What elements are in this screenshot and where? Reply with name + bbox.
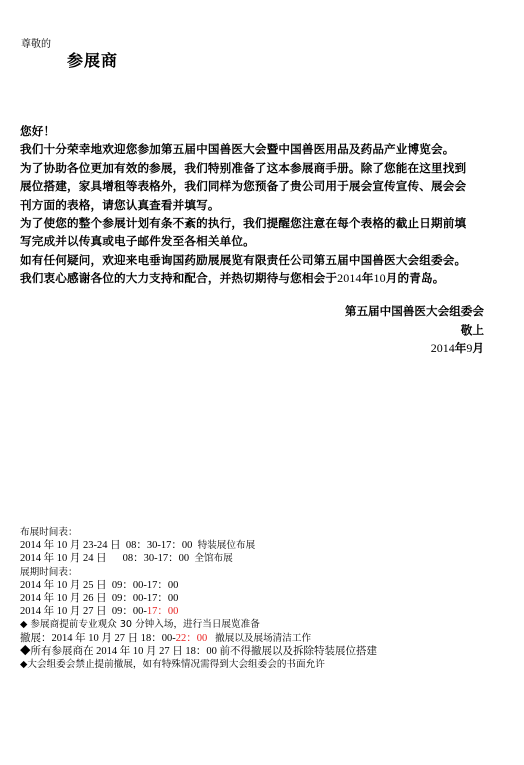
show-row: 2014 年 10 月 26 日 09：00-17：00 xyxy=(20,592,377,605)
dismantle-desc: 撤展以及展场清洁工作 xyxy=(215,633,311,644)
setup-date: 2014 年 10 月 24 日 xyxy=(20,553,107,564)
date-month-unit: 月 xyxy=(472,341,484,355)
organizer-name: 第五届中国兽医大会组委会 xyxy=(345,302,484,321)
date-year: 2014 xyxy=(431,341,455,355)
closing-year: 2014 xyxy=(337,271,362,285)
show-row: 2014 年 10 月 27 日 09：00-17：00 xyxy=(20,605,377,618)
letter-line: 为了协助各位更加有效的参展，我们特别准备了这本参展商手册。除了您能在这里找到 xyxy=(20,159,510,177)
letter-line: 如有任何疑问，欢迎来电垂询国药励展展览有限责任公司第五届中国兽医大会组委会。 xyxy=(20,251,510,269)
dismantle-label: 撤展：2014 年 10 月 27 日 18：00- xyxy=(20,633,176,644)
setup-desc: 特装展位布展 xyxy=(198,540,256,551)
show-schedule-title: 展期时间表： xyxy=(20,566,377,579)
schedule-section: 布展时间表： 2014 年 10 月 23-24 日 08：30-17：00 特… xyxy=(20,526,377,671)
note-no-early-dismantle: ◆所有参展商在 2014 年 10 月 27 日 18：00 前不得撤展以及拆除… xyxy=(20,645,377,658)
show-date: 2014 年 10 月 26 日 xyxy=(20,593,107,604)
letter-body: 您好！ 我们十分荣幸地欢迎您参加第五届中国兽医大会暨中国兽医用品及药品产业博览会… xyxy=(20,122,510,288)
setup-schedule-title: 布展时间表： xyxy=(20,526,377,539)
closing-year-unit: 年 xyxy=(362,271,374,285)
exhibitor-letter-page: 尊敬的 参展商 您好！ 我们十分荣幸地欢迎您参加第五届中国兽医大会暨中国兽医用品… xyxy=(0,0,524,765)
letter-line: 展位搭建，家具增租等表格外，我们同样为您预备了贵公司用于展会宣传宣传、展会会 xyxy=(20,177,510,195)
show-date: 2014 年 10 月 27 日 xyxy=(20,606,107,617)
closing-month: 10 xyxy=(373,271,385,285)
setup-desc: 全馆布展 xyxy=(194,553,232,564)
closing-text: 我们衷心感谢各位的大力支持和配合，并热切期待与您相会于 xyxy=(20,271,337,285)
setup-row: 2014 年 10 月 24 日08：30-17：00 全馆布展 xyxy=(20,552,377,565)
date-year-unit: 年 xyxy=(455,341,467,355)
setup-time: 08：30-17：00 xyxy=(126,540,193,551)
setup-date: 2014 年 10 月 23-24 日 xyxy=(20,540,121,551)
salutation: 尊敬的 xyxy=(21,35,51,50)
show-time: 09：00-17：00 xyxy=(112,580,179,591)
show-time: 09：00-17：00 xyxy=(112,593,179,604)
note-permission: ◆大会组委会禁止提前撤展，如有特殊情况需得到大会组委会的书面允许 xyxy=(20,658,377,671)
show-time-start: 09：00- xyxy=(112,606,147,617)
letter-line: 写完成并以传真或电子邮件发至各相关单位。 xyxy=(20,232,510,250)
letter-line: 刊方面的表格，请您认真查看并填写。 xyxy=(20,196,510,214)
show-row: 2014 年 10 月 25 日 09：00-17：00 xyxy=(20,579,377,592)
dismantle-time-end-highlight: 22：00 xyxy=(176,633,208,644)
letter-line-closing: 我们衷心感谢各位的大力支持和配合，并热切期待与您相会于2014年10月的青岛。 xyxy=(20,269,510,287)
greeting: 您好！ xyxy=(20,122,510,140)
closing-suffix: 月的青岛。 xyxy=(386,271,445,285)
setup-row: 2014 年 10 月 23-24 日 08：30-17：00 特装展位布展 xyxy=(20,539,377,552)
letter-date: 2014年9月 xyxy=(345,339,484,358)
letter-line: 我们十分荣幸地欢迎您参加第五届中国兽医大会暨中国兽医用品及药品产业博览会。 xyxy=(20,140,510,158)
show-date: 2014 年 10 月 25 日 xyxy=(20,580,107,591)
addressee-title: 参展商 xyxy=(67,48,118,71)
dismantle-row: 撤展：2014 年 10 月 27 日 18：00-22：00 撤展以及展场清洁… xyxy=(20,632,377,645)
note-early-entry: ◆ 参展商提前专业观众 30 分钟入场，进行当日展览准备 xyxy=(20,618,377,631)
show-time-end-highlight: 17：00 xyxy=(147,606,179,617)
signoff: 第五届中国兽医大会组委会 敬上 2014年9月 xyxy=(345,302,484,358)
closing-phrase: 敬上 xyxy=(345,321,484,340)
letter-line: 为了使您的整个参展计划有条不紊的执行，我们提醒您注意在每个表格的截止日期前填 xyxy=(20,214,510,232)
setup-time: 08：30-17：00 xyxy=(123,553,190,564)
